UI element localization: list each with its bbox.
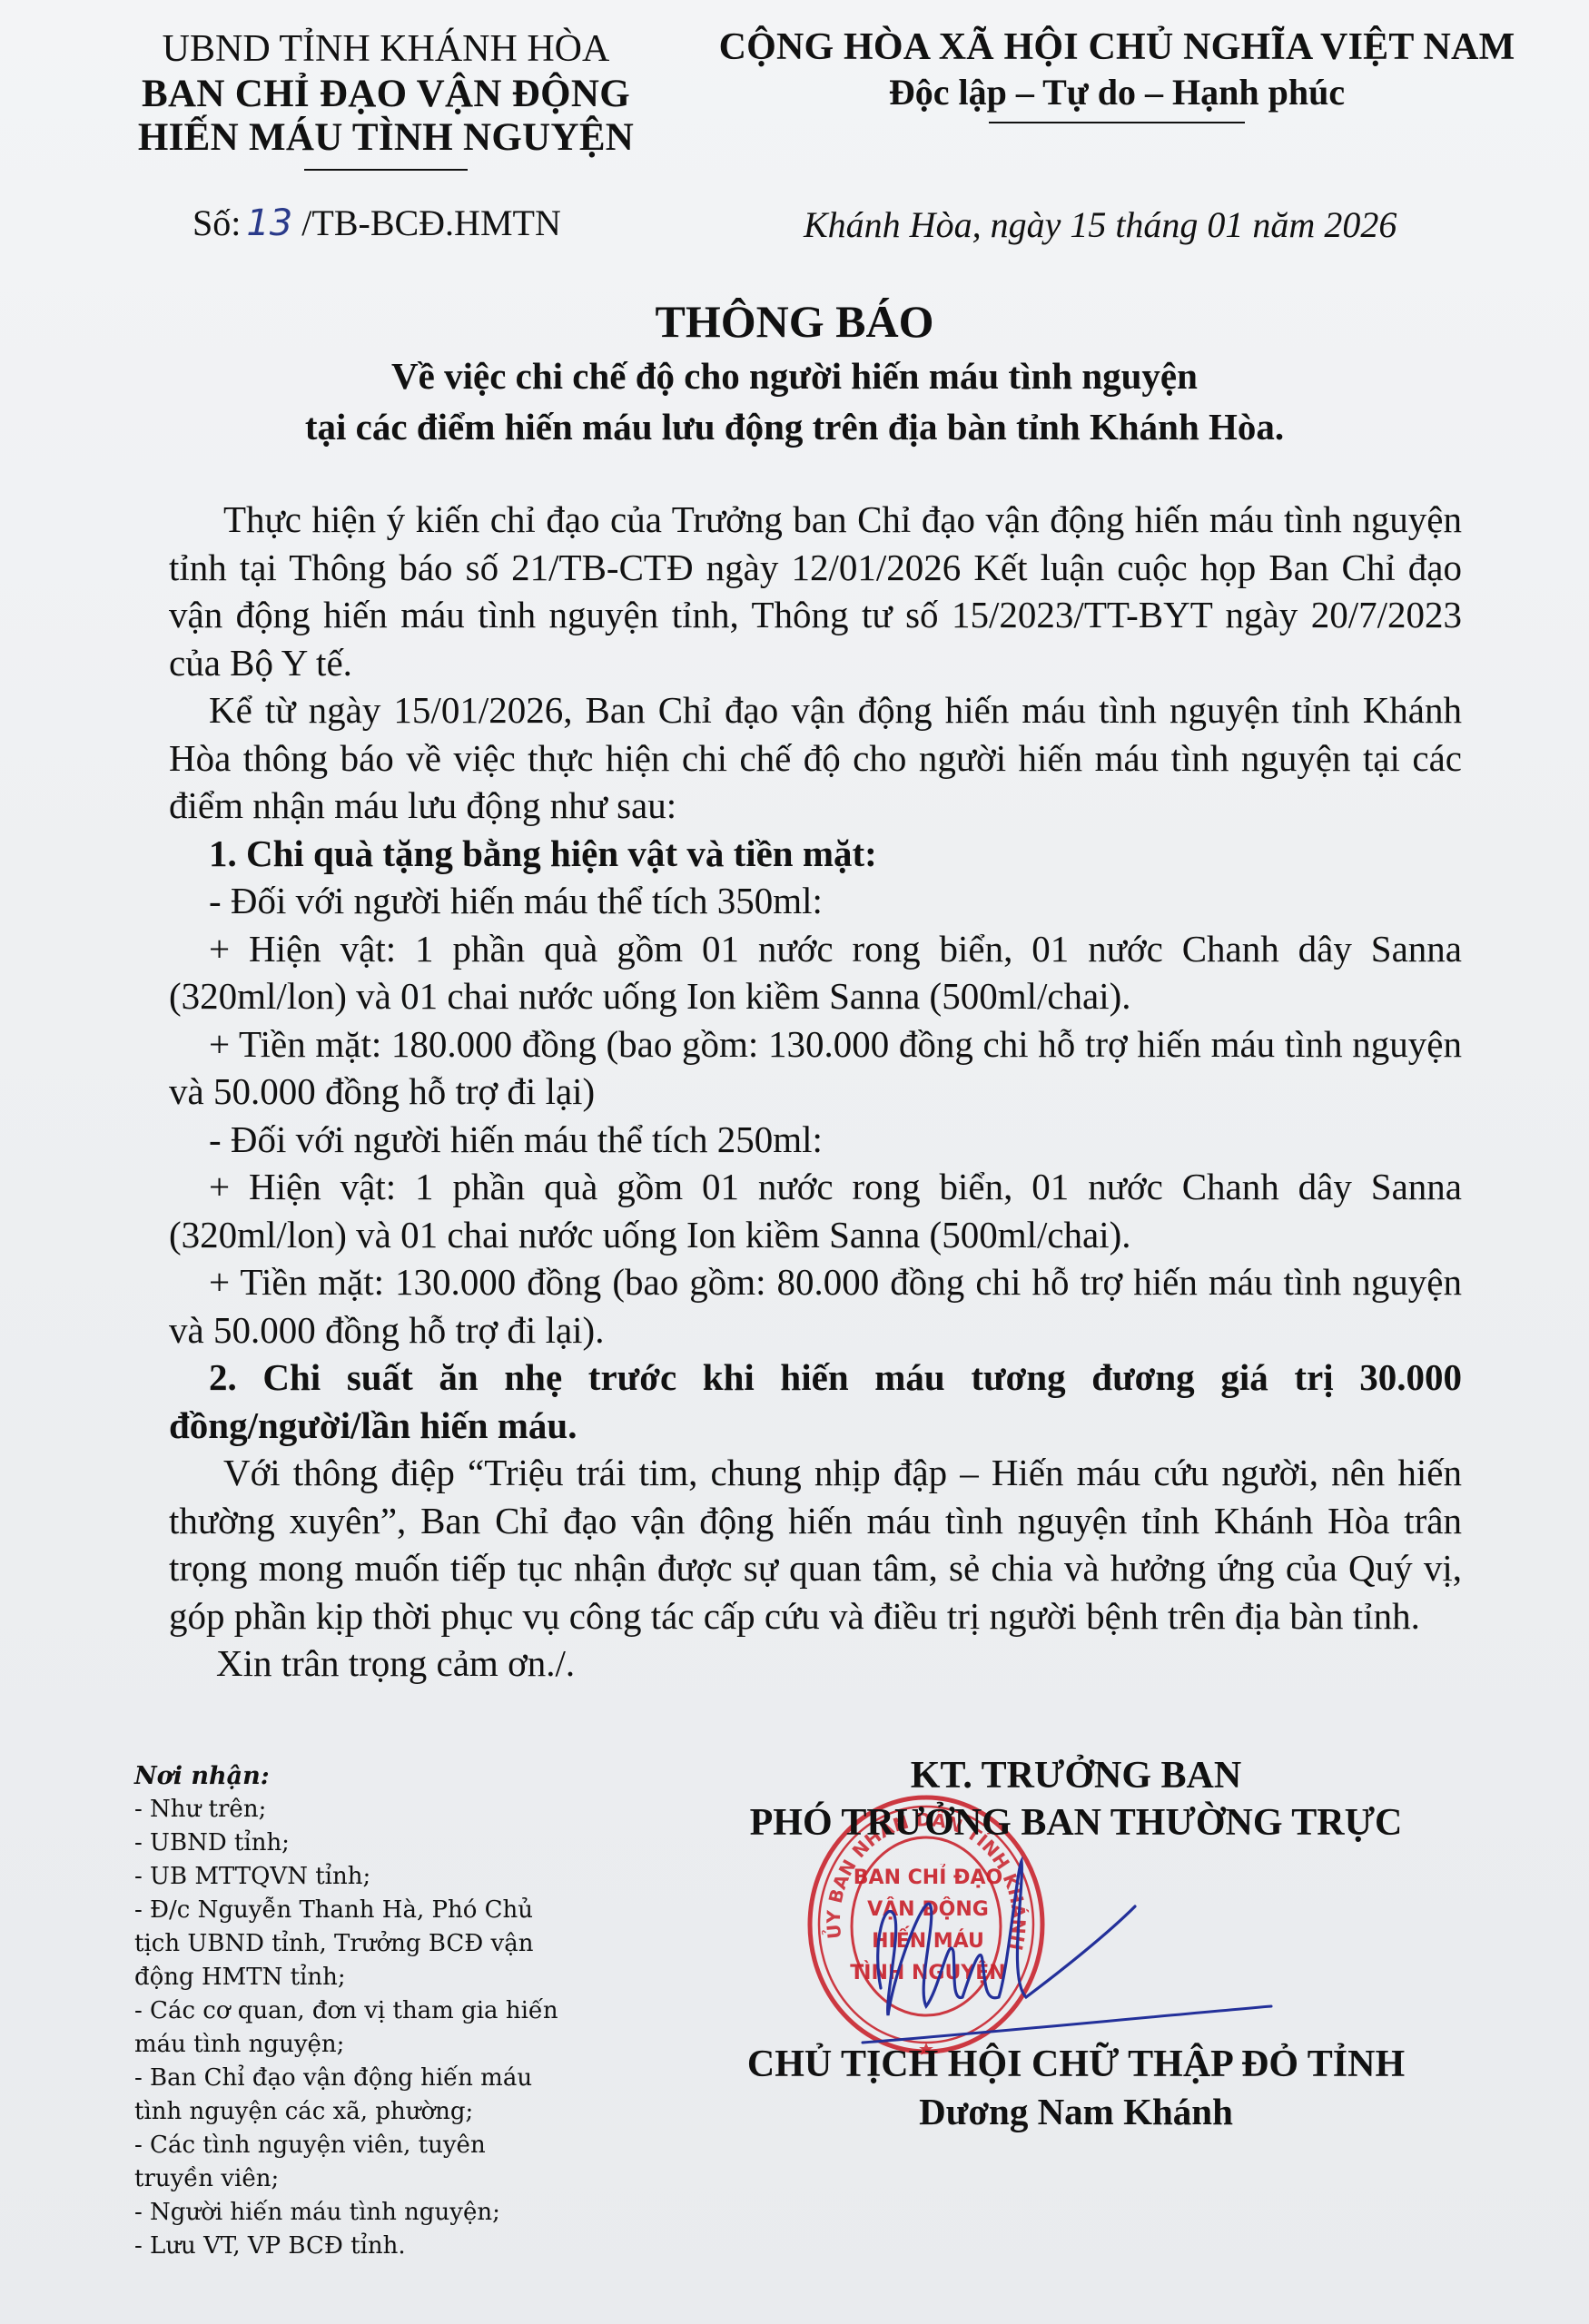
signer-name: Dương Nam Khánh xyxy=(699,2090,1453,2133)
document-number: Số:13/TB-BCĐ.HMTN xyxy=(192,202,561,244)
header-underline xyxy=(304,169,468,171)
recipients-list: Nơi nhận: - Như trên; - UBND tỉnh; - UB … xyxy=(134,1759,561,2263)
group-350-label: - Đối với người hiến máu thể tích 350ml: xyxy=(169,877,1462,925)
signer-position: CHỦ TỊCH HỘI CHỮ THẬP ĐỎ TỈNH xyxy=(699,2043,1453,2086)
group-350-in-kind: + Hiện vật: 1 phần quà gồm 01 nước rong … xyxy=(169,925,1462,1020)
recipient-item: - Ban Chỉ đạo vận động hiến máu tình ngu… xyxy=(134,2062,561,2129)
document-subtitle-line1: Về việc chi chế độ cho người hiến máu tì… xyxy=(0,354,1589,398)
handwritten-signature-icon xyxy=(844,1834,1280,2052)
handwritten-number: 13 xyxy=(246,202,292,244)
recipient-item: - UB MTTQVN tỉnh; xyxy=(134,1860,561,1894)
document-body: Thực hiện ý kiến chỉ đạo của Trưởng ban … xyxy=(169,496,1462,1688)
paragraph-announcement: Kể từ ngày 15/01/2026, Ban Chỉ đạo vận đ… xyxy=(169,686,1462,830)
group-250-label: - Đối với người hiến máu thể tích 250ml: xyxy=(169,1116,1462,1164)
section-2-heading: 2. Chi suất ăn nhẹ trước khi hiến máu tư… xyxy=(169,1354,1462,1449)
signature-title-line1: KT. TRƯỞNG BAN xyxy=(699,1754,1453,1797)
agency-name-line1: BAN CHỈ ĐẠO VẬN ĐỘNG xyxy=(118,73,654,116)
paragraph-message: Với thông điệp “Triệu trái tim, chung nh… xyxy=(169,1449,1462,1640)
recipient-item: - Lưu VT, VP BCĐ tỉnh. xyxy=(134,2230,561,2263)
number-prefix: Số: xyxy=(192,202,241,243)
issuing-agency-block: UBND TỈNH KHÁNH HÒA BAN CHỈ ĐẠO VẬN ĐỘNG… xyxy=(118,25,654,171)
agency-name-line2: HIẾN MÁU TÌNH NGUYỆN xyxy=(118,116,654,160)
closing-line: Xin trân trọng cảm ơn./. xyxy=(169,1640,1462,1688)
recipient-item: - Người hiến máu tình nguyện; xyxy=(134,2196,561,2230)
recipient-item: - Các cơ quan, đơn vị tham gia hiến máu … xyxy=(134,1994,561,2062)
motto-underline xyxy=(989,122,1245,123)
national-motto: Độc lập – Tự do – Hạnh phúc xyxy=(699,71,1535,114)
section-1-heading: 1. Chi quà tặng bằng hiện vật và tiền mặ… xyxy=(169,830,1462,878)
group-350-cash: + Tiền mặt: 180.000 đồng (bao gồm: 130.0… xyxy=(169,1020,1462,1116)
recipient-item: - Như trên; xyxy=(134,1793,561,1827)
recipient-item: - Đ/c Nguyễn Thanh Hà, Phó Chủ tịch UBND… xyxy=(134,1894,561,1994)
number-suffix: /TB-BCĐ.HMTN xyxy=(301,202,561,243)
country-name: CỘNG HÒA XÃ HỘI CHỦ NGHĨA VIỆT NAM xyxy=(699,24,1535,71)
group-250-cash: + Tiền mặt: 130.000 đồng (bao gồm: 80.00… xyxy=(169,1258,1462,1354)
document-subtitle-line2: tại các điểm hiến máu lưu động trên địa … xyxy=(0,405,1589,448)
recipient-item: - Các tình nguyện viên, tuyên truyền viê… xyxy=(134,2129,561,2196)
paragraph-basis: Thực hiện ý kiến chỉ đạo của Trưởng ban … xyxy=(169,496,1462,686)
agency-parent: UBND TỈNH KHÁNH HÒA xyxy=(118,25,654,73)
national-motto-block: CỘNG HÒA XÃ HỘI CHỦ NGHĨA VIỆT NAM Độc l… xyxy=(699,24,1535,123)
group-250-in-kind: + Hiện vật: 1 phần quà gồm 01 nước rong … xyxy=(169,1163,1462,1258)
document-title: THÔNG BÁO xyxy=(0,295,1589,348)
recipients-heading: Nơi nhận: xyxy=(134,1759,561,1793)
recipient-item: - UBND tỉnh; xyxy=(134,1827,561,1860)
document-page: UBND TỈNH KHÁNH HÒA BAN CHỈ ĐẠO VẬN ĐỘNG… xyxy=(0,0,1589,2324)
document-date: Khánh Hòa, ngày 15 tháng 01 năm 2026 xyxy=(804,203,1397,246)
